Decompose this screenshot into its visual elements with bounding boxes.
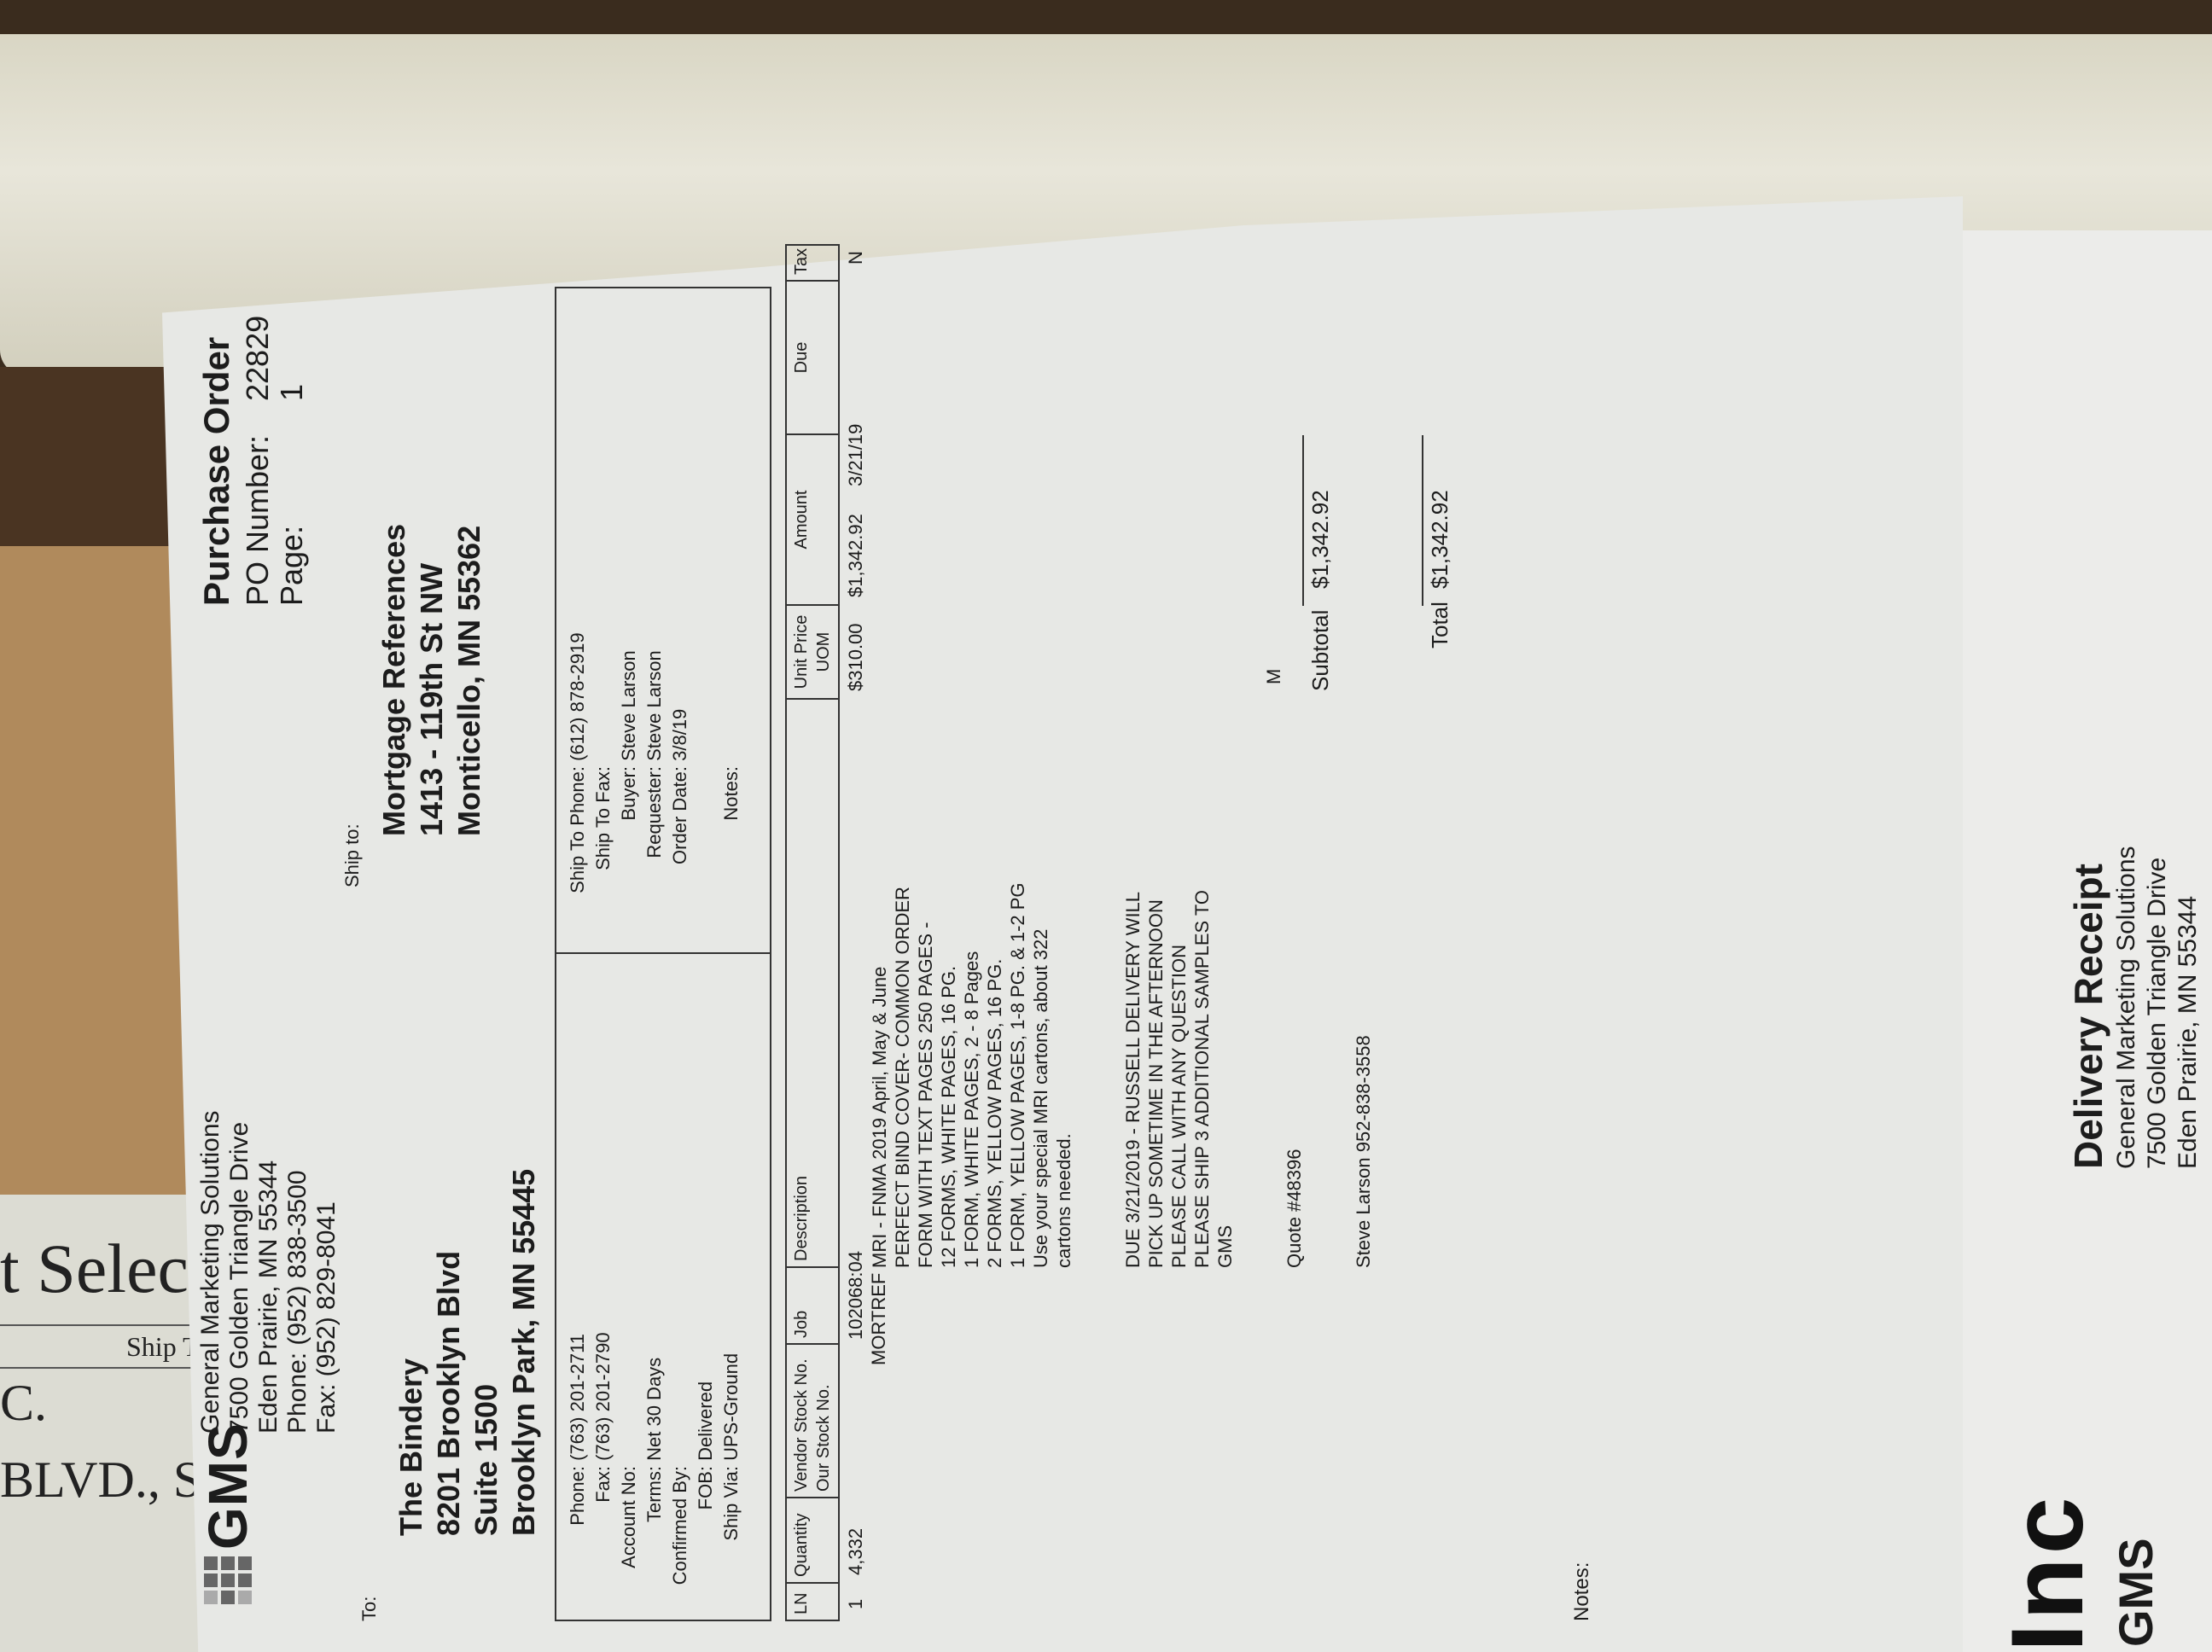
row-job-ref: MORTREF [868,1273,890,1365]
order-info-box: Phone: (763) 201-2711 Fax: (763) 201-279… [555,287,771,1621]
fragment-ship: Ship T [126,1331,200,1363]
order-info-row: Order Date: 3/8/19 [667,632,693,937]
ship-to-label: Ship to: [341,823,364,887]
sender-city: Eden Prairie, MN 55344 [254,1110,283,1434]
vendor-info-row: Account No: [616,1332,642,1611]
subtotal-label: Subtotal [1307,610,1334,691]
vendor-info-row: Terms: Net 30 Days [642,1332,667,1611]
order-info-row: Requester: Steve Larson [642,632,667,937]
row-job: 102068:04 [845,1251,867,1340]
order-info-row: Ship To Fax: [591,632,616,937]
ship-to-line: 1413 - 119th St NW [413,524,451,836]
logo-squares-icon [204,1556,252,1604]
sender-company: General Marketing Solutions [196,1110,225,1434]
delivery-receipt-line: Eden Prairie, MN 55344 [2173,691,2203,1169]
row-uom: M [1263,669,1285,684]
page-number: 1 [274,384,309,401]
logo-text: GMS [196,1422,259,1550]
vendor-address: The Bindery 8201 Brooklyn Blvd Suite 150… [393,1169,543,1536]
vendor-address-line: 8201 Brooklyn Blvd [430,1169,468,1536]
quote-number: Quote #48396 [1283,882,1306,1268]
delivery-receipt-header: Delivery Receipt General Marketing Solut… [2065,691,2203,1169]
col-stock: Vendor Stock No. Our Stock No. [787,1343,838,1497]
col-ln: LN [787,1582,838,1620]
total-value: $1,342.92 [1427,490,1453,589]
po-meta: PO Number:22829 Page:1 [241,316,309,606]
order-info-row: Buyer: Steve Larson [616,632,642,937]
notes-label: Notes: [1570,1562,1594,1621]
subtotal-value: $1,342.92 [1307,490,1334,589]
fragment-heading: t Selec [0,1229,189,1309]
sender-fax: Fax: (952) 829-8041 [312,1110,341,1434]
delivery-receipt-partial-text: Inc [1988,1494,2106,1652]
vendor-address-line: The Bindery [393,1169,430,1536]
po-number: 22829 [240,316,275,401]
col-quantity: Quantity [787,1497,838,1582]
row-due: 3/21/19 [845,424,867,486]
vendor-info-row: Ship Via: UPS-Ground [719,1332,744,1611]
ship-to-address: Mortgage References 1413 - 119th St NW M… [375,524,488,836]
row-quantity: 4,332 [845,1528,867,1575]
vendor-info-row: Fax: (763) 201-2790 [591,1332,616,1611]
vendor-info-row: Confirmed By: [667,1332,693,1611]
order-info: Ship To Phone: (612) 878-2919 Ship To Fa… [565,632,744,937]
vendor-info-row: Phone: (763) 201-2711 [565,1332,591,1611]
ship-to-line: Monticello, MN 55362 [451,524,488,836]
vendor-info: Phone: (763) 201-2711 Fax: (763) 201-279… [565,1332,744,1611]
col-amount: Amount [787,433,838,604]
po-number-label: PO Number: [241,401,275,606]
vendor-address-line: Brooklyn Park, MN 55445 [505,1169,543,1536]
col-tax: Tax [787,246,838,280]
fragment-c: C. [0,1374,47,1433]
gms-logo: GMS [196,1422,259,1604]
divider [0,1324,205,1326]
delivery-receipt-line: General Marketing Solutions [2111,691,2142,1169]
col-unit-price: Unit Price UOM [787,604,838,698]
divider [0,1367,205,1369]
purchase-order-page: GMS General Marketing Solutions 7500 Gol… [196,213,1988,1630]
delivery-receipt-title: Delivery Receipt [2065,691,2111,1169]
line-items-header: LN Quantity Vendor Stock No. Our Stock N… [785,244,840,1621]
delivery-receipt-logo: GMS [2108,1538,2163,1647]
sender-street: 7500 Golden Triangle Drive [225,1110,254,1434]
total-rule [1422,435,1423,606]
order-info-row [693,632,719,937]
sender-phone: Phone: (952) 838-3500 [283,1110,312,1434]
row-ln: 1 [845,1599,867,1609]
col-job: Job [787,1266,838,1343]
order-info-row: Ship To Phone: (612) 878-2919 [565,632,591,937]
ship-to-line: Mortgage References [375,524,413,836]
row-amount: $1,342.92 [845,514,867,597]
vendor-info-row: FOB: Delivered [693,1332,719,1611]
row-unit-price: $310.00 [845,623,867,691]
total-label: Total [1427,602,1453,649]
sender-address: General Marketing Solutions 7500 Golden … [196,1110,341,1434]
order-info-row: Notes: [719,632,744,937]
vendor-address-line: Suite 1500 [468,1169,505,1536]
row-description: MRI - FNMA 2019 April, May & June PERFEC… [868,882,1375,1268]
to-label: To: [358,1597,381,1621]
fragment-blvd: BLVD., S [0,1451,201,1509]
contact: Steve Larson 952-838-3558 [1352,882,1375,1268]
info-divider [556,952,770,954]
delivery-receipt-line: 7500 Golden Triangle Drive [2142,691,2173,1169]
underlying-document-left: t Selec Ship T C. BLVD., S [0,1195,205,1652]
col-due: Due [787,280,838,433]
col-description: Description [787,698,838,1266]
document-title: Purchase Order [196,337,237,606]
row-tax: N [845,251,867,265]
page-label: Page: [275,401,309,606]
subtotal-rule [1302,435,1304,606]
cardboard-box [0,546,196,1195]
